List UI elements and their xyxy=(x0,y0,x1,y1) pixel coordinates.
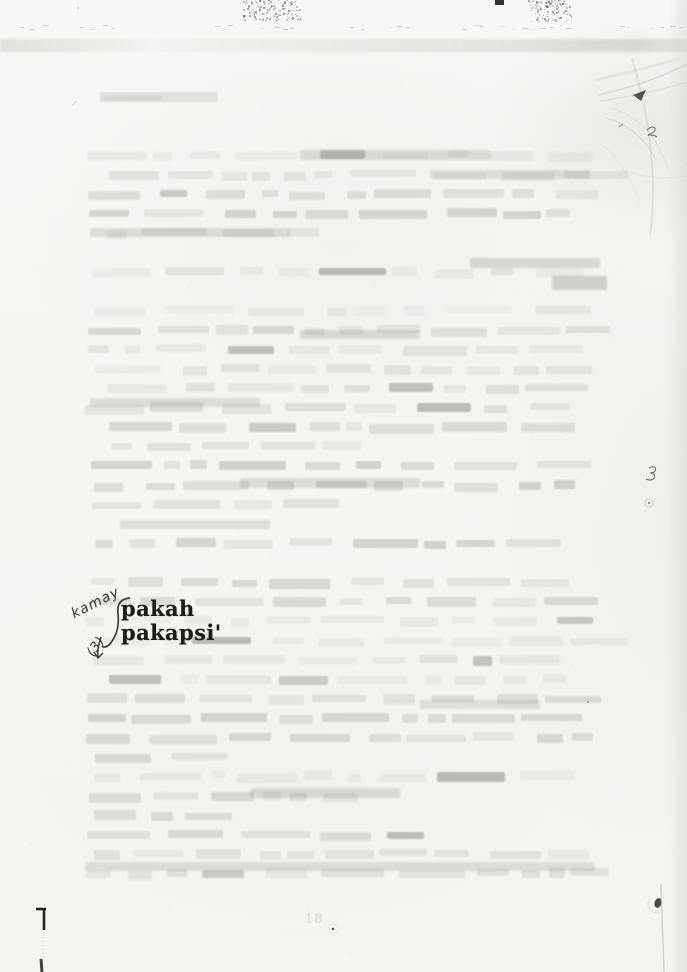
speck xyxy=(77,7,79,9)
bottom-page-edge-line xyxy=(661,884,664,972)
circle-smudge-dot xyxy=(648,502,650,504)
squiggle-mark-middle xyxy=(646,467,656,480)
headword-line-1: pakah xyxy=(121,597,222,621)
headword-block: pakah pakapsi' xyxy=(121,597,222,645)
black-square-artifact xyxy=(495,0,504,5)
scanned-document-page: pakah pakapsi' kamay (3) 18 xyxy=(0,0,687,972)
corner-bracket-mark xyxy=(36,908,46,930)
triangle-ink-mark xyxy=(633,90,646,101)
ghost-page-number: 18 xyxy=(305,912,324,927)
speck-slash xyxy=(619,124,623,127)
bottom-edge-dash xyxy=(41,959,42,972)
footer-dot xyxy=(332,928,335,931)
crease-lines xyxy=(596,58,687,235)
speck xyxy=(587,701,589,703)
speck-slash xyxy=(72,101,76,106)
scan-marks-overlay xyxy=(0,0,687,972)
headword-line-2: pakapsi' xyxy=(121,621,222,645)
